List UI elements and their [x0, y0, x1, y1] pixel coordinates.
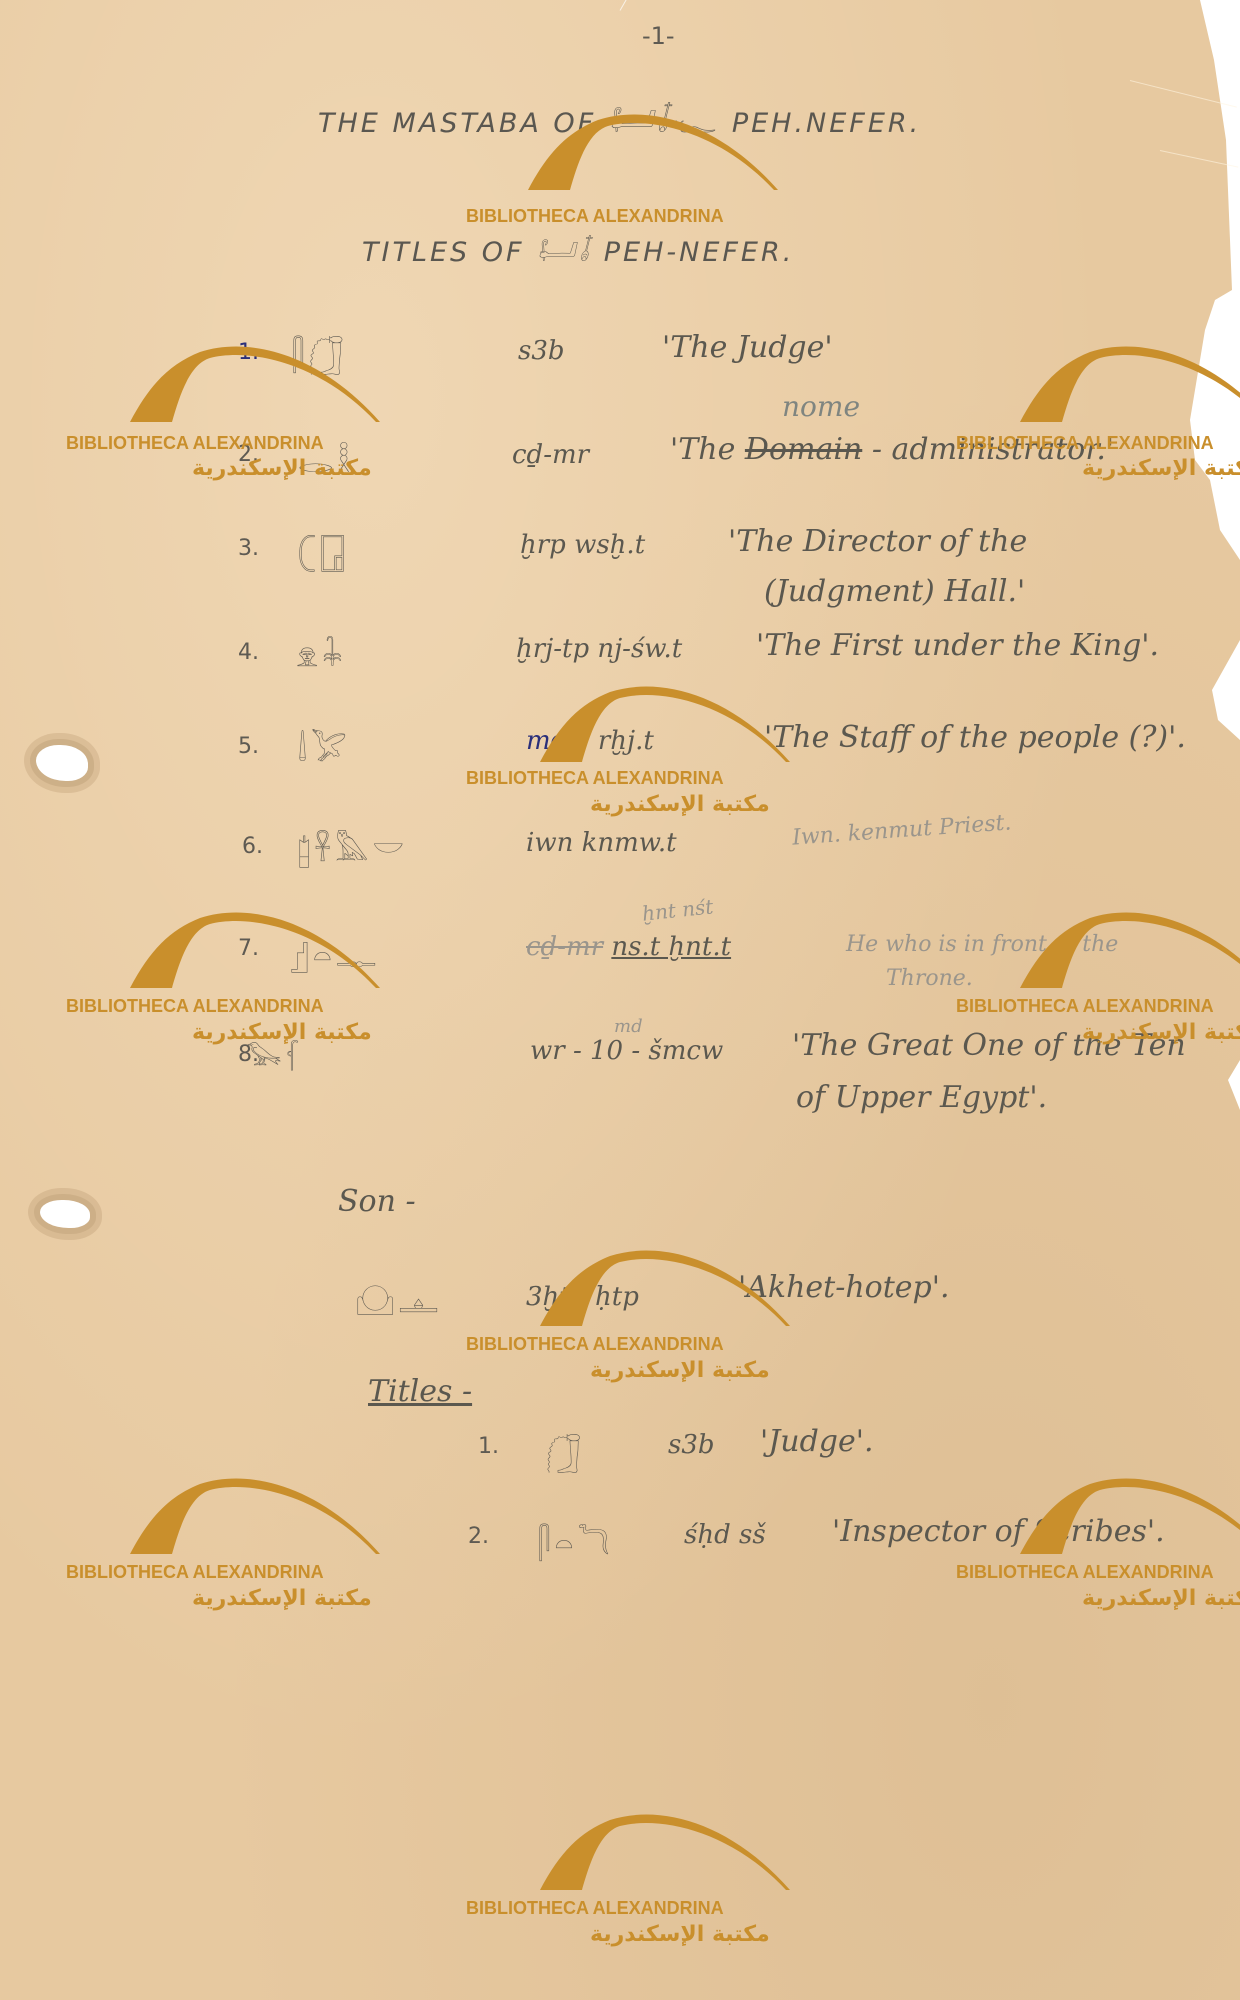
entry-transliteration: iwn knmw.t — [526, 828, 677, 858]
watermark-logo-icon — [540, 684, 790, 762]
watermark-text-en: BIBLIOTHECA ALEXANDRINA — [66, 1562, 324, 1583]
watermark-text-en: BIBLIOTHECA ALEXANDRINA — [66, 996, 324, 1017]
watermark-logo-icon — [130, 1476, 380, 1554]
watermark-logo-icon — [1020, 910, 1240, 988]
watermark-logo-icon — [540, 1812, 790, 1890]
entry-hieroglyphs: 𓉺𓋹𓅓𓎟 — [298, 820, 408, 870]
watermark-text-ar: مكتبة الإسكندرية — [590, 1358, 770, 1383]
watermark-text-en: BIBLIOTHECA ALEXANDRINA — [956, 1562, 1214, 1583]
entry-translation: 'The Director of the — [728, 524, 1027, 559]
entry-translation-line2: (Judgment) Hall.' — [764, 574, 1025, 609]
entry-translation: 'The First under the King'. — [756, 628, 1159, 663]
entry-transliteration: cḏ-mr — [512, 440, 589, 470]
watermark-logo-icon — [528, 112, 778, 190]
watermark-text-en: BIBLIOTHECA ALEXANDRINA — [466, 1334, 724, 1355]
watermark-text-ar: مكتبة الإسكندرية — [192, 456, 372, 481]
entry-number: 1. — [478, 1434, 499, 1459]
entry-number: 6. — [242, 834, 263, 859]
watermark-text-ar: مكتبة الإسكندرية — [590, 1922, 770, 1947]
page-number: -1- — [642, 22, 675, 50]
watermark-logo-icon — [130, 344, 380, 422]
son-label: Son - — [338, 1184, 416, 1219]
watermark-text-en: BIBLIOTHECA ALEXANDRINA — [66, 433, 324, 454]
entry-hieroglyphs: 𓋴𓏏𓆓 — [538, 1514, 614, 1564]
watermark-text-en: BIBLIOTHECA ALEXANDRINA — [466, 1898, 724, 1919]
watermark-logo-icon — [1020, 344, 1240, 422]
entry-transliteration: śḥd sš — [684, 1520, 766, 1550]
entry-transliteration: s3b — [518, 336, 565, 366]
entry-correction: nome — [782, 390, 860, 423]
entry-transliteration: wr - 10 - šmcw — [530, 1036, 723, 1066]
watermark-text-ar: مكتبة الإسكندرية — [192, 1586, 372, 1611]
entry-translation: 'Judge'. — [760, 1424, 874, 1459]
watermark-text-ar: مكتبة الإسكندرية — [1082, 456, 1240, 481]
son-hieroglyphs: 𓈌𓊵 — [356, 1272, 443, 1322]
watermark-text-ar: مكتبة الإسكندرية — [1082, 1020, 1240, 1045]
translation-struck: Domain — [745, 432, 862, 467]
entry-pencil-above: md — [614, 1016, 643, 1037]
translation-prefix: 'The — [670, 432, 735, 467]
entry-pencil-note-line2: Throne. — [886, 966, 973, 991]
entry-transliteration: ḫrp wsḫ.t — [520, 530, 645, 560]
son-titles-label: Titles - — [368, 1374, 472, 1409]
watermark-text-ar: مكتبة الإسكندرية — [192, 1020, 372, 1045]
entry-transliteration: s3b — [668, 1430, 715, 1460]
entry-number: 5. — [238, 734, 259, 759]
translit-struck: cḏ-mr — [526, 932, 603, 962]
watermark-text-en: BIBLIOTHECA ALEXANDRINA — [956, 433, 1214, 454]
entry-hieroglyphs: 𓁷𓇓 — [296, 626, 346, 676]
subtitle-name: PEH-NEFER. — [604, 237, 795, 268]
watermark-logo-icon — [1020, 1476, 1240, 1554]
translit-text: ns.t ḫnt.t — [611, 932, 731, 962]
document-subtitle: TITLES OF 𓂡𓄤 PEH-NEFER. — [362, 228, 794, 270]
watermark-text-ar: مكتبة الإسكندرية — [590, 792, 770, 817]
entry-hieroglyphs: 𓍹𓉗 — [298, 524, 349, 574]
subtitle-hieroglyph-name: 𓂡𓄤 — [536, 238, 592, 268]
entry-translation-line2: of Upper Egypt'. — [796, 1080, 1047, 1115]
entry-translation: 'The Staff of the people (?)'. — [764, 720, 1186, 755]
watermark-logo-icon — [540, 1248, 790, 1326]
entry-transliteration: cḏ-mr ns.t ḫnt.t — [526, 932, 731, 962]
watermark-text-en: BIBLIOTHECA ALEXANDRINA — [466, 768, 724, 789]
entry-number: 4. — [238, 640, 259, 665]
entry-hieroglyphs: 𓌃𓅯 — [298, 720, 351, 770]
watermark-text-en: BIBLIOTHECA ALEXANDRINA — [466, 206, 724, 227]
entry-translation: 'The Judge' — [662, 330, 833, 365]
subtitle-prefix: TITLES OF — [362, 237, 525, 268]
entry-number: 2. — [468, 1524, 489, 1549]
entry-number: 3. — [238, 536, 259, 561]
watermark-text-en: BIBLIOTHECA ALEXANDRINA — [956, 996, 1214, 1017]
watermark-text-ar: مكتبة الإسكندرية — [1082, 1586, 1240, 1611]
watermark-logo-icon — [130, 910, 380, 988]
entry-hieroglyphs: 𓃂 — [546, 1424, 585, 1474]
entry-transliteration: ḫrj-tp nj-św.t — [516, 634, 682, 664]
